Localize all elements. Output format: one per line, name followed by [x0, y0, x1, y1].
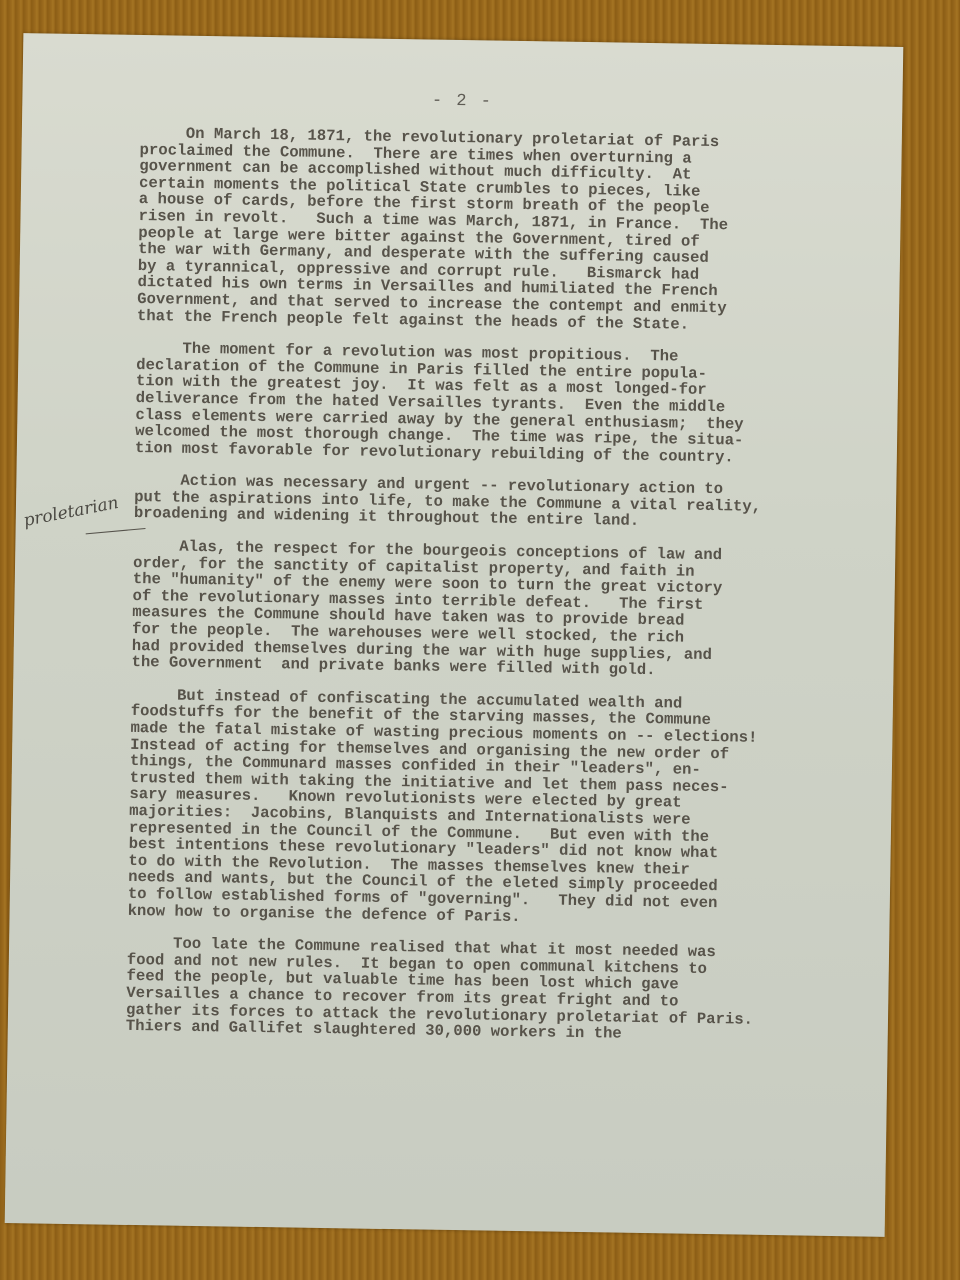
paragraph: Too late the Commune realised that what … — [126, 935, 817, 1045]
paragraph: Action was necessary and urgent -- revol… — [134, 472, 825, 533]
handwritten-margin-annotation: proletarian — [22, 493, 120, 531]
paragraph: On March 18, 1871, the revolutionary pro… — [137, 125, 830, 335]
paragraph: But instead of confiscating the accumula… — [127, 687, 821, 930]
typewritten-page: - 2 - proletarian On March 18, 1871, the… — [5, 33, 904, 1237]
paragraph: The moment for a revolution was most pro… — [135, 340, 827, 467]
paragraph: Alas, the respect for the bourgeois conc… — [131, 538, 823, 682]
page-number: - 2 - — [22, 85, 902, 118]
document-body: On March 18, 1871, the revolutionary pro… — [125, 125, 829, 1061]
